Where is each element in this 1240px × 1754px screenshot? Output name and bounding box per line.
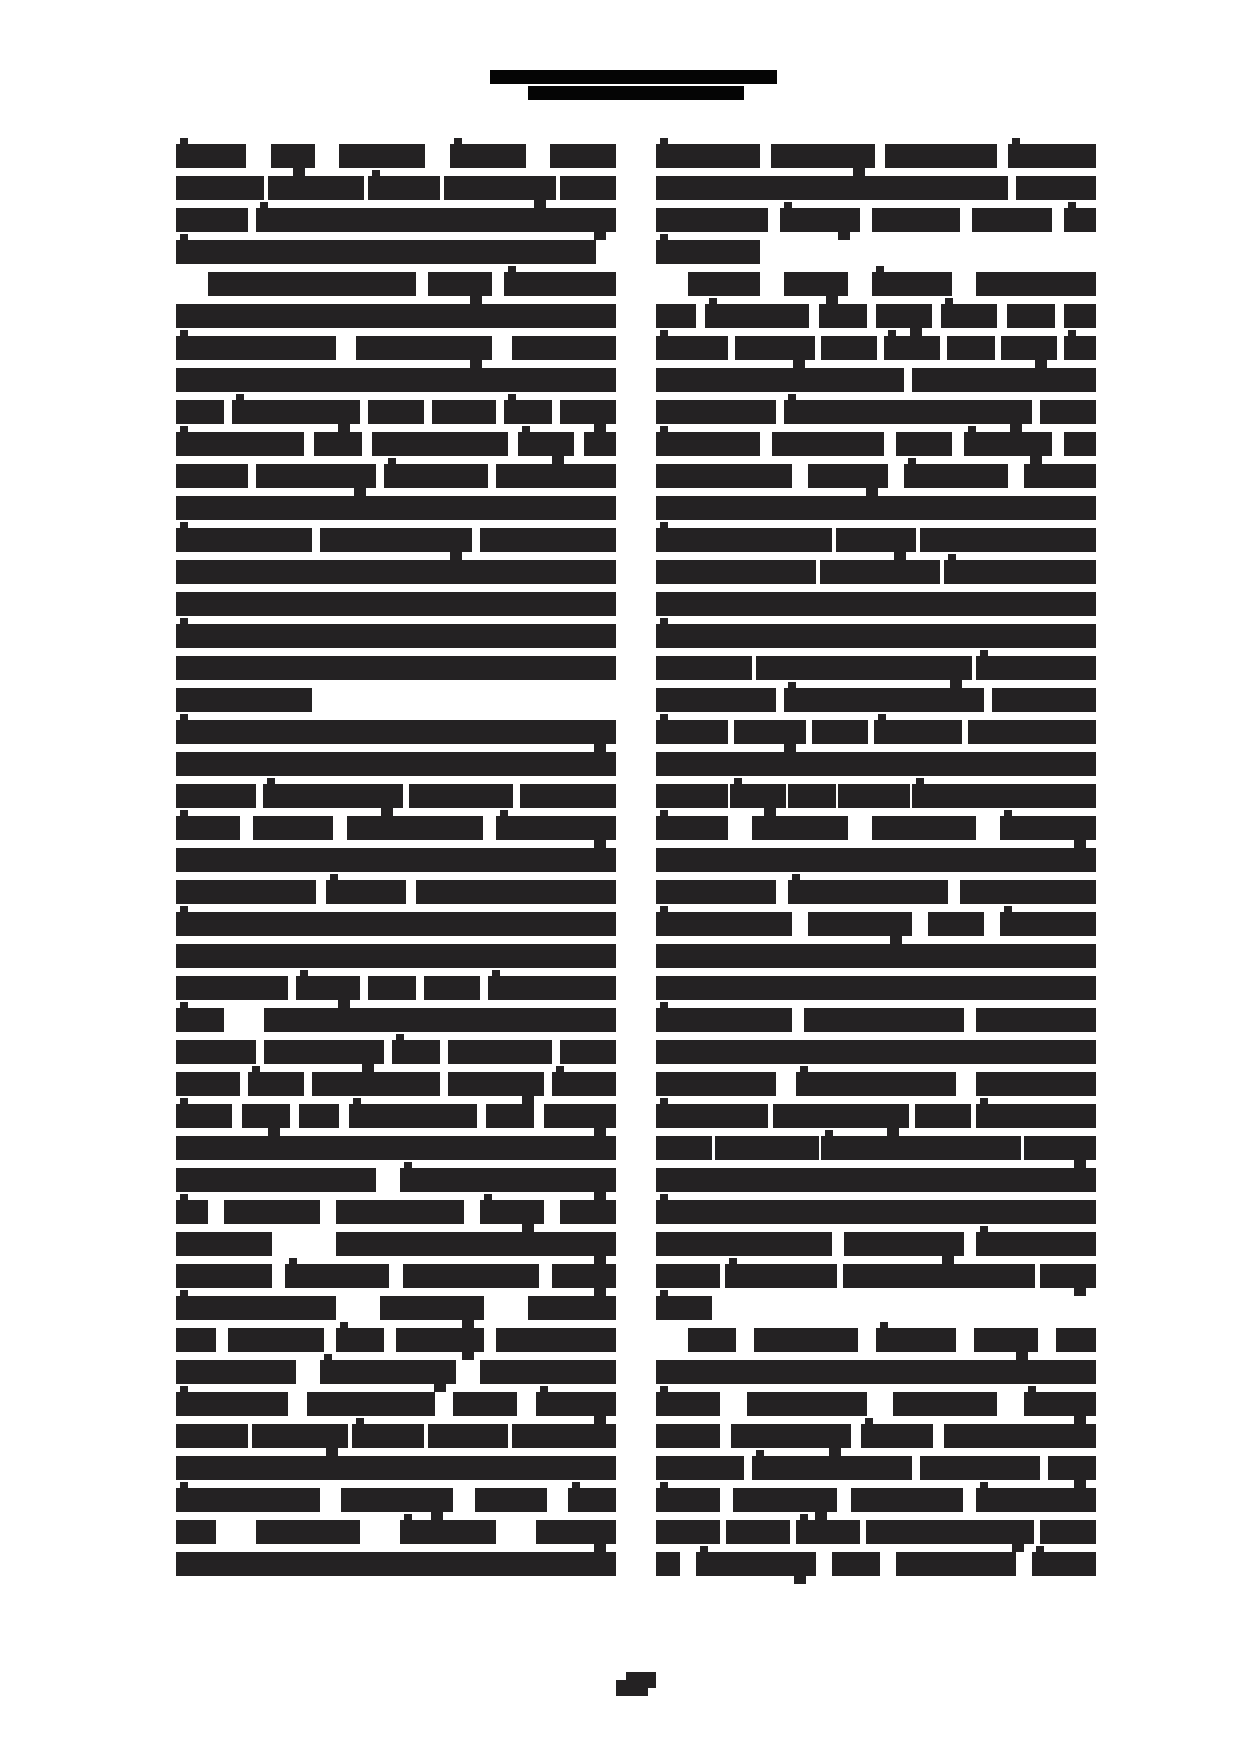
text-line [656, 688, 1096, 712]
redacted-word [656, 528, 832, 552]
redacted-word [520, 784, 616, 808]
redacted-word [912, 784, 1096, 808]
text-line [656, 1200, 1096, 1224]
redacted-word [400, 1520, 496, 1544]
redacted-word [176, 944, 616, 968]
redacted-word [773, 1104, 909, 1128]
redacted-word [1000, 816, 1096, 840]
text-line [656, 1136, 1096, 1160]
redacted-word [450, 144, 526, 168]
redacted-word [368, 176, 440, 200]
redacted-word [656, 1104, 768, 1128]
redacted-word [976, 1072, 1096, 1096]
redacted-word [448, 1072, 544, 1096]
text-line [656, 784, 1096, 808]
redacted-word [896, 432, 952, 456]
redacted-word [176, 592, 616, 616]
redacted-word [976, 656, 1096, 680]
redacted-word [1056, 1328, 1096, 1352]
redacted-word [176, 1072, 240, 1096]
redacted-word [656, 816, 728, 840]
redacted-word [256, 464, 376, 488]
redacted-word [656, 1296, 712, 1320]
text-line [656, 624, 1096, 648]
text-line [176, 400, 616, 424]
redacted-word [872, 272, 952, 296]
redacted-word [968, 720, 1096, 744]
redacted-word [866, 1520, 1034, 1544]
redacted-word [176, 848, 616, 872]
redacted-word [1016, 176, 1096, 200]
redacted-word [947, 336, 995, 360]
redacted-word [705, 304, 809, 328]
redacted-word [176, 1296, 336, 1320]
redacted-word [176, 976, 288, 1000]
redacted-word [176, 880, 316, 904]
text-line [176, 816, 616, 840]
redacted-word [320, 1360, 456, 1384]
redacted-word [536, 1392, 616, 1416]
redacted-word [796, 1520, 860, 1544]
redacted-word [299, 1104, 339, 1128]
redacted-word [496, 1328, 616, 1352]
redacted-word [656, 336, 728, 360]
text-line [656, 816, 1096, 840]
text-line [176, 1296, 616, 1320]
redacted-word [731, 1424, 851, 1448]
redacted-word [884, 336, 940, 360]
text-line [656, 144, 1096, 168]
redacted-word [874, 720, 962, 744]
redacted-word [560, 400, 616, 424]
redacted-word [264, 1008, 616, 1032]
redacted-word [656, 1040, 1096, 1064]
redacted-word [536, 1520, 616, 1544]
redacted-word [944, 1424, 1096, 1448]
text-line [176, 784, 616, 808]
redacted-word [656, 688, 776, 712]
redacted-word [176, 144, 246, 168]
text-line [656, 1520, 1096, 1544]
redacted-word [872, 208, 960, 232]
redacted-word [560, 1200, 616, 1224]
redacted-word [976, 1488, 1096, 1512]
redacted-word [416, 880, 616, 904]
redacted-word [656, 1200, 1096, 1224]
text-line [176, 1200, 616, 1224]
text-line [176, 336, 616, 360]
right-text-column [656, 144, 1096, 1584]
redacted-word [656, 976, 1096, 1000]
header-line-1 [490, 70, 777, 84]
left-text-column [176, 144, 616, 1584]
text-line [656, 1456, 1096, 1480]
redacted-word [1001, 336, 1057, 360]
redacted-word [296, 976, 360, 1000]
text-line [176, 1264, 616, 1288]
redacted-word [176, 560, 616, 584]
redacted-word [843, 1264, 1035, 1288]
redacted-word [656, 1168, 1096, 1192]
text-line [176, 720, 616, 744]
redacted-word [176, 720, 216, 744]
redacted-word [976, 1232, 1096, 1256]
redacted-word [844, 1232, 964, 1256]
redacted-word [176, 368, 616, 392]
redacted-word [1040, 1520, 1096, 1544]
text-line [656, 1072, 1096, 1096]
redacted-word [747, 1392, 867, 1416]
redacted-word [560, 176, 616, 200]
redacted-word [176, 208, 248, 232]
text-line [656, 976, 1096, 1000]
redacted-word [688, 272, 760, 296]
text-line [176, 880, 616, 904]
redacted-word [992, 688, 1096, 712]
text-line [176, 1168, 616, 1192]
redacted-word [400, 1168, 616, 1192]
redacted-word [780, 208, 860, 232]
redacted-word [176, 304, 616, 328]
redacted-word [428, 272, 492, 296]
redacted-word [268, 176, 364, 200]
redacted-word [475, 1488, 547, 1512]
redacted-word [1000, 912, 1096, 936]
text-line [656, 880, 1096, 904]
redacted-word [656, 1456, 744, 1480]
redacted-word [976, 272, 1096, 296]
redacted-word [820, 560, 940, 584]
redacted-word [784, 272, 848, 296]
text-line [656, 1392, 1096, 1416]
redacted-word [176, 464, 248, 488]
redacted-word [176, 400, 224, 424]
text-line [176, 464, 616, 488]
text-line [656, 1488, 1096, 1512]
redacted-word [821, 336, 877, 360]
text-line [176, 1136, 616, 1160]
redacted-word [1024, 1136, 1096, 1160]
redacted-word [550, 144, 616, 168]
redacted-word [964, 432, 1052, 456]
redacted-word [356, 336, 492, 360]
redacted-word [808, 912, 912, 936]
text-line [656, 496, 1096, 520]
redacted-word [725, 1264, 837, 1288]
redacted-word [518, 432, 574, 456]
redacted-word [314, 432, 362, 456]
redacted-word [392, 1040, 440, 1064]
redacted-word [656, 720, 728, 744]
redacted-word [432, 400, 496, 424]
redacted-word [176, 816, 240, 840]
text-line [176, 1520, 616, 1544]
redacted-word [409, 784, 513, 808]
text-line [656, 1552, 1096, 1576]
redacted-word [656, 240, 760, 264]
redacted-word [528, 1296, 616, 1320]
redacted-word [552, 1072, 616, 1096]
redacted-word [756, 656, 972, 680]
text-line [176, 176, 616, 200]
redacted-word [336, 1232, 616, 1256]
redacted-word [312, 1072, 440, 1096]
redacted-word [263, 784, 403, 808]
redacted-word [248, 1072, 304, 1096]
text-line [176, 752, 616, 776]
redacted-word [656, 144, 760, 168]
text-line [176, 592, 616, 616]
redacted-word [876, 1328, 956, 1352]
redacted-word [242, 1104, 290, 1128]
text-line [656, 1168, 1096, 1192]
text-line [176, 848, 616, 872]
redacted-word [656, 560, 816, 584]
redacted-word [480, 1200, 544, 1224]
redacted-word [976, 1008, 1096, 1032]
text-line [176, 208, 616, 232]
text-line [176, 656, 616, 680]
text-line [656, 304, 1096, 328]
redacted-word [1040, 1264, 1096, 1288]
redacted-word [208, 272, 416, 296]
text-line [176, 144, 616, 168]
redacted-word [336, 1200, 464, 1224]
text-line [176, 304, 616, 328]
text-line [176, 1360, 616, 1384]
redacted-word [486, 1104, 534, 1128]
redacted-word [656, 880, 776, 904]
redacted-word [444, 176, 556, 200]
redacted-word [788, 784, 836, 808]
redacted-word [339, 144, 425, 168]
text-line [656, 272, 1096, 296]
text-line [176, 1072, 616, 1096]
redacted-word [176, 1392, 288, 1416]
redacted-word [224, 1200, 320, 1224]
redacted-word [1064, 208, 1096, 232]
redacted-word [584, 432, 616, 456]
text-line [656, 944, 1096, 968]
text-line [176, 272, 616, 296]
redacted-word [504, 400, 552, 424]
redacted-word [656, 176, 1008, 200]
redacted-word [352, 1424, 424, 1448]
redacted-word [656, 1392, 720, 1416]
redacted-word [656, 624, 1096, 648]
redacted-word [656, 1552, 680, 1576]
redacted-word [176, 1456, 616, 1480]
redacted-word [872, 816, 976, 840]
redacted-word [656, 912, 792, 936]
redacted-word [448, 1040, 552, 1064]
text-line [656, 1008, 1096, 1032]
redacted-word [252, 1424, 348, 1448]
redacted-word [176, 432, 304, 456]
redacted-word [972, 208, 1052, 232]
redacted-word [544, 1104, 616, 1128]
redacted-word [216, 720, 616, 744]
redacted-word [176, 1168, 376, 1192]
redacted-word [656, 208, 768, 232]
redacted-word [176, 1520, 216, 1544]
redacted-word [1032, 1552, 1096, 1576]
text-line [176, 912, 616, 936]
redacted-word [453, 1392, 517, 1416]
redacted-word [915, 1104, 971, 1128]
redacted-word [656, 848, 1096, 872]
redacted-word [1008, 144, 1096, 168]
redacted-word [656, 496, 1096, 520]
redacted-word [960, 880, 1096, 904]
redacted-word [307, 1392, 435, 1416]
redacted-word [771, 144, 875, 168]
text-line [656, 240, 1096, 264]
redacted-word [1064, 336, 1096, 360]
text-line [176, 1392, 616, 1416]
text-line [656, 848, 1096, 872]
redacted-word [176, 752, 616, 776]
redacted-word [480, 1360, 616, 1384]
redacted-word [496, 816, 616, 840]
text-line [176, 528, 616, 552]
redacted-word [512, 1424, 616, 1448]
redacted-word [656, 1264, 720, 1288]
redacted-word [976, 1104, 1096, 1128]
redacted-word [656, 752, 1096, 776]
redacted-word [372, 432, 508, 456]
redacted-word [176, 1200, 208, 1224]
redacted-word [893, 1392, 997, 1416]
redacted-word [733, 1488, 837, 1512]
redacted-word [928, 912, 984, 936]
redacted-word [1048, 1456, 1096, 1480]
redacted-word [885, 144, 997, 168]
redacted-word [176, 176, 264, 200]
redacted-word [715, 1136, 819, 1160]
redacted-word [656, 1424, 720, 1448]
redacted-word [904, 464, 1008, 488]
text-line [176, 1232, 616, 1256]
redacted-word [176, 528, 312, 552]
redacted-word [754, 1328, 858, 1352]
text-line [656, 368, 1096, 392]
redacted-word [696, 1552, 816, 1576]
text-line [656, 176, 1096, 200]
redacted-word [176, 1136, 616, 1160]
redacted-word [336, 1328, 384, 1352]
redacted-word [176, 1040, 256, 1064]
redacted-word [896, 1552, 1016, 1576]
redacted-word [656, 1008, 792, 1032]
redacted-word [656, 1232, 832, 1256]
redacted-word [341, 1488, 453, 1512]
text-line [656, 208, 1096, 232]
redacted-word [326, 880, 406, 904]
text-line [176, 1104, 616, 1128]
redacted-word [656, 784, 728, 808]
redacted-word [232, 400, 360, 424]
redacted-word [941, 304, 997, 328]
redacted-word [796, 1072, 956, 1096]
redacted-word [821, 1136, 1021, 1160]
redacted-word [347, 816, 483, 840]
redacted-word [176, 1360, 296, 1384]
text-line [656, 1360, 1096, 1384]
text-line [176, 1488, 616, 1512]
text-line [176, 1424, 616, 1448]
redacted-word [176, 1488, 320, 1512]
redacted-word [176, 1264, 272, 1288]
redacted-word [1040, 400, 1096, 424]
text-line [176, 1328, 616, 1352]
text-line [176, 688, 616, 712]
redacted-word [176, 1104, 232, 1128]
redacted-word [176, 1232, 272, 1256]
redacted-word [488, 976, 616, 1000]
redacted-word [838, 784, 910, 808]
redacted-word [784, 400, 1032, 424]
redacted-word [656, 1136, 712, 1160]
text-line [656, 720, 1096, 744]
redacted-word [568, 1488, 616, 1512]
text-line [656, 560, 1096, 584]
redacted-word [912, 368, 1096, 392]
redacted-word [285, 1264, 389, 1288]
redacted-word [176, 624, 616, 648]
redacted-word [656, 368, 904, 392]
redacted-word [735, 336, 815, 360]
document-page: [redacted running header line 1] [redact… [0, 0, 1240, 1754]
text-line [656, 464, 1096, 488]
redacted-word [396, 1328, 484, 1352]
redacted-word [271, 144, 315, 168]
redacted-word [752, 816, 848, 840]
text-line [656, 1296, 1096, 1320]
redacted-word [496, 464, 616, 488]
redacted-word [974, 1328, 1038, 1352]
text-line [176, 368, 616, 392]
header-line-2 [528, 86, 744, 100]
redacted-word [320, 528, 472, 552]
redacted-word [832, 1552, 880, 1576]
redacted-word [656, 944, 1096, 968]
redacted-word [656, 432, 760, 456]
redacted-word [836, 528, 916, 552]
redacted-word [176, 912, 616, 936]
text-line [656, 912, 1096, 936]
text-line [656, 1424, 1096, 1448]
redacted-word [176, 1328, 216, 1352]
redacted-word [176, 240, 596, 264]
text-line [176, 240, 616, 264]
redacted-word [176, 688, 312, 712]
redacted-word [1024, 464, 1096, 488]
redacted-word [552, 1264, 616, 1288]
redacted-word [772, 432, 884, 456]
text-line [176, 1040, 616, 1064]
text-line [656, 1040, 1096, 1064]
redacted-word [730, 784, 786, 808]
text-line [656, 336, 1096, 360]
text-line [176, 976, 616, 1000]
redacted-word [656, 1488, 720, 1512]
redacted-word [812, 720, 868, 744]
text-line [176, 432, 616, 456]
text-line [176, 496, 616, 520]
redacted-word [228, 1328, 324, 1352]
redacted-word [176, 656, 616, 680]
